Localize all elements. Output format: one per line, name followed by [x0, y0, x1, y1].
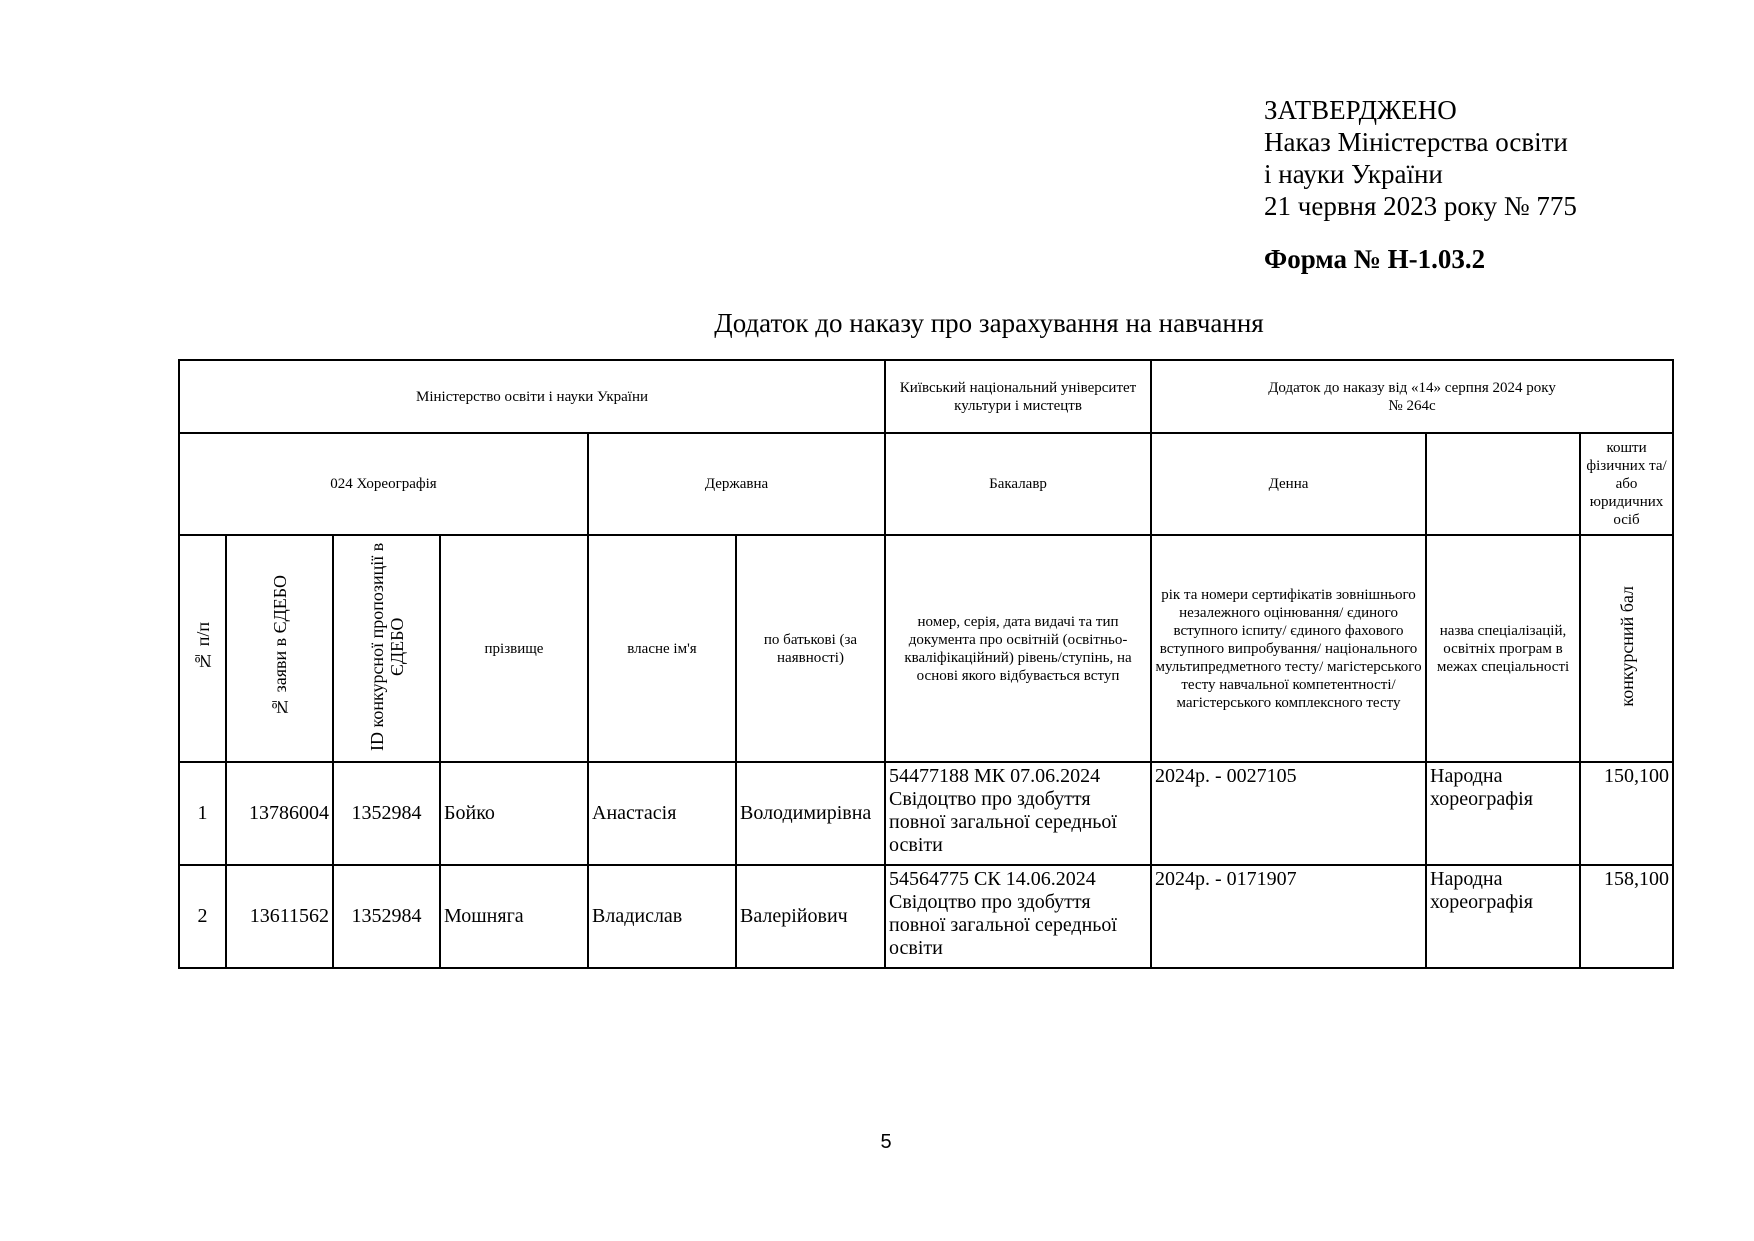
surname: Мошняга — [440, 865, 588, 968]
col-header-offer-id: ID конкурсної пропозиції в ЄДЕБО — [333, 535, 440, 762]
col-header-surname: прізвище — [440, 535, 588, 762]
first-name: Анастасія — [588, 762, 736, 865]
ministry-cell: Міністерство освіти і науки України — [179, 360, 885, 433]
order-reference-cell: Додаток до наказу від «14» серпня 2024 р… — [1151, 360, 1673, 433]
header-row-institution: Міністерство освіти і науки України Київ… — [179, 360, 1673, 433]
education-document: 54477188 МК 07.06.2024 Свідоцтво про здо… — [885, 762, 1151, 865]
approval-date: 21 червня 2023 року № 775 — [1264, 190, 1577, 222]
offer-id: 1352984 — [333, 865, 440, 968]
row-number: 2 — [179, 865, 226, 968]
approval-line: Наказ Міністерства освіти — [1264, 126, 1577, 158]
specialty-cell: 024 Хореографія — [179, 433, 588, 535]
score: 158,100 — [1580, 865, 1673, 968]
surname: Бойко — [440, 762, 588, 865]
degree-cell: Бакалавр — [885, 433, 1151, 535]
table-row: 2 13611562 1352984 Мошняга Владислав Вал… — [179, 865, 1673, 968]
order-reference-line: Додаток до наказу від «14» серпня 2024 р… — [1155, 379, 1669, 397]
patronymic: Валерійович — [736, 865, 885, 968]
row-number: 1 — [179, 762, 226, 865]
enrollment-table: Міністерство освіти і науки України Київ… — [178, 359, 1674, 969]
university-cell: Київський національний університет культ… — [885, 360, 1151, 433]
col-header-patronymic: по батькові (за наявності) — [736, 535, 885, 762]
approval-line: і науки України — [1264, 158, 1577, 190]
patronymic: Володимирівна — [736, 762, 885, 865]
col-header-name: власне ім'я — [588, 535, 736, 762]
col-header-program: назва спеціалізацій, освітніх програм в … — [1426, 535, 1580, 762]
document-title-wrap: Додаток до наказу про зарахування на нав… — [0, 308, 1754, 339]
approval-block: ЗАТВЕРДЖЕНО Наказ Міністерства освіти і … — [1264, 94, 1577, 222]
application-number: 13786004 — [226, 762, 333, 865]
empty-cell — [1426, 433, 1580, 535]
col-header-score-text: конкурсний бал — [1617, 586, 1637, 707]
form-number: Форма № Н-1.03.2 — [1264, 244, 1485, 275]
program: Народна хореографія — [1426, 762, 1580, 865]
offer-id: 1352984 — [333, 762, 440, 865]
application-number: 13611562 — [226, 865, 333, 968]
col-header-score: конкурсний бал — [1580, 535, 1673, 762]
col-header-number-text: № п/п — [193, 622, 213, 671]
education-document: 54564775 СК 14.06.2024 Свідоцтво про здо… — [885, 865, 1151, 968]
ownership-cell: Державна — [588, 433, 885, 535]
col-header-certificates: рік та номери сертифікатів зовнішнього н… — [1151, 535, 1426, 762]
page-number-wrap: 5 — [0, 1131, 1754, 1154]
page-number: 5 — [880, 1131, 891, 1153]
col-header-application: № заяви в ЄДЕБО — [226, 535, 333, 762]
document-title: Додаток до наказу про зарахування на нав… — [714, 308, 1263, 338]
order-number: № 264с — [1155, 397, 1669, 415]
approval-heading: ЗАТВЕРДЖЕНО — [1264, 94, 1577, 126]
column-header-row: № п/п № заяви в ЄДЕБО ID конкурсної проп… — [179, 535, 1673, 762]
study-form-cell: Денна — [1151, 433, 1426, 535]
funding-cell: кошти фізичних та/або юридичних осіб — [1580, 433, 1673, 535]
first-name: Владислав — [588, 865, 736, 968]
program: Народна хореографія — [1426, 865, 1580, 968]
col-header-number: № п/п — [179, 535, 226, 762]
col-header-offer-id-text: ID конкурсної пропозиції в ЄДЕБО — [367, 539, 407, 754]
col-header-application-text: № заяви в ЄДЕБО — [270, 575, 290, 717]
table-row: 1 13786004 1352984 Бойко Анастасія Волод… — [179, 762, 1673, 865]
certificates: 2024р. - 0027105 — [1151, 762, 1426, 865]
score: 150,100 — [1580, 762, 1673, 865]
certificates: 2024р. - 0171907 — [1151, 865, 1426, 968]
header-row-program: 024 Хореографія Державна Бакалавр Денна … — [179, 433, 1673, 535]
col-header-document: номер, серія, дата видачі та тип докумен… — [885, 535, 1151, 762]
